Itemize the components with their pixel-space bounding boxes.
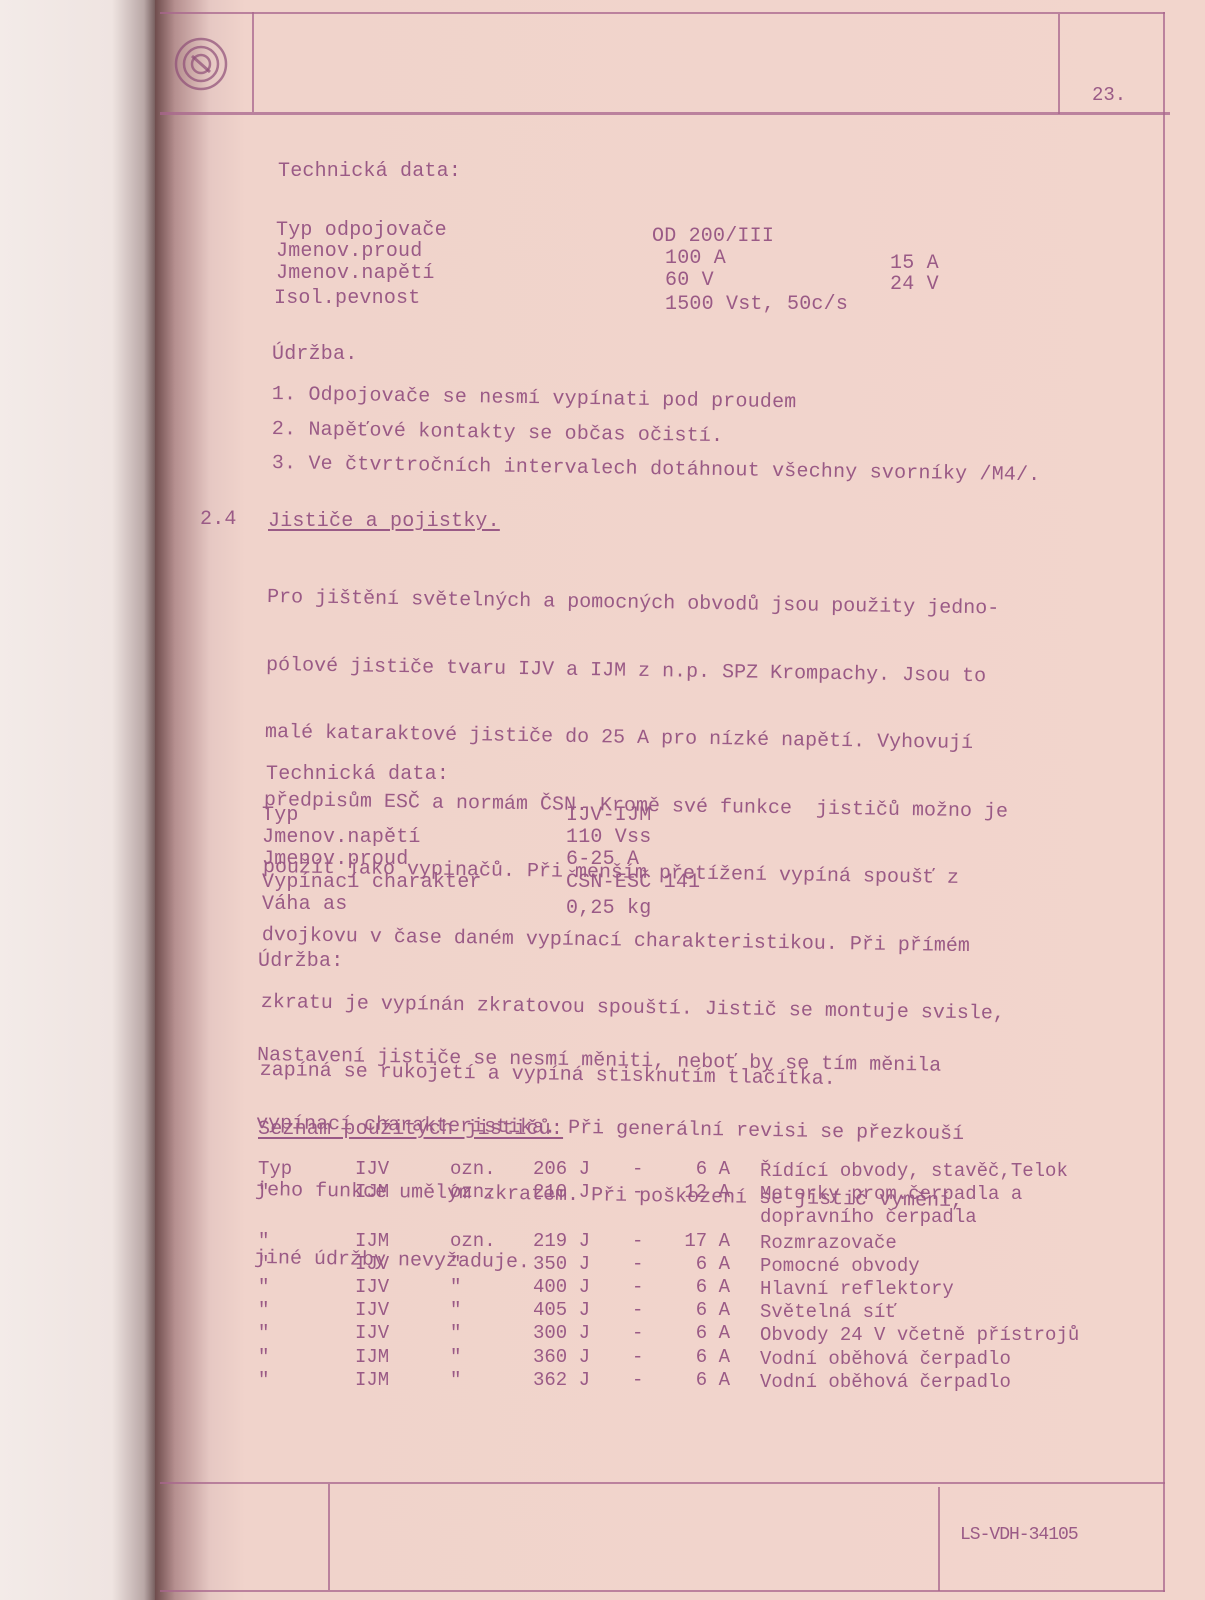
breaker-mark: " — [450, 1276, 461, 1299]
spec-label: Váha as — [262, 893, 347, 917]
paragraph-line: Pro jištění světelných a pomocných obvod… — [267, 587, 1011, 621]
breaker-code: 350 J — [520, 1253, 590, 1276]
breaker-use: Řídící obvody, stavěč,Telok — [760, 1160, 1068, 1183]
breaker-current: 12 A — [660, 1181, 730, 1204]
breaker-use: Vodní oběhová čerpadlo — [760, 1371, 1011, 1394]
breaker-prefix: " — [258, 1369, 269, 1392]
breaker-current: 6 A — [660, 1346, 730, 1369]
spec-label: Jmenov.napětí — [262, 826, 421, 850]
breaker-mark: " — [450, 1253, 461, 1276]
paragraph-line: Nastavení jističe se nesmí měniti, neboť… — [257, 1045, 965, 1079]
spec-value: ČSN-ESČ 141 — [566, 871, 700, 895]
breaker-current: 6 A — [660, 1299, 730, 1322]
frame-footer-divider-right — [938, 1487, 940, 1591]
breaker-current: 6 A — [660, 1158, 730, 1181]
spec-label: Vypínací charakter — [262, 871, 482, 895]
breaker-type: IJV — [355, 1158, 389, 1181]
breaker-use: Hlavní reflektory — [760, 1278, 954, 1301]
breaker-type: IJV — [355, 1253, 389, 1276]
breaker-code: 362 J — [520, 1369, 590, 1392]
breaker-mark: ozn. — [450, 1158, 496, 1181]
breaker-type: IJV — [355, 1299, 389, 1322]
section-number: 2.4 — [200, 508, 237, 532]
breaker-prefix: " — [258, 1230, 269, 1253]
frame-header-bottom-rule — [160, 112, 1170, 115]
breaker-prefix: " — [258, 1181, 269, 1204]
breaker-current: 6 A — [660, 1322, 730, 1345]
breaker-prefix: " — [258, 1322, 269, 1345]
breaker-use: Motorky prom.čerpadla a — [760, 1183, 1022, 1206]
document-code: LS-VDH-34105 — [960, 1525, 1078, 1545]
breaker-dash: - — [632, 1276, 643, 1299]
breaker-mark: " — [450, 1369, 461, 1392]
company-emblem-icon — [170, 18, 232, 98]
spec-value: 60 V — [665, 269, 714, 293]
frame-pagenum-divider — [1058, 14, 1060, 114]
breaker-current: 6 A — [660, 1253, 730, 1276]
frame-right-rule — [1163, 12, 1165, 1592]
breaker-use: Pomocné obvody — [760, 1255, 920, 1278]
spec-label: Jmenov.proud — [262, 848, 408, 872]
breaker-prefix: " — [258, 1346, 269, 1369]
frame-header-divider — [252, 12, 254, 112]
breaker-use: dopravního čerpadla — [760, 1206, 977, 1229]
breaker-current: 6 A — [660, 1369, 730, 1392]
breaker-prefix: " — [258, 1253, 269, 1276]
breaker-dash: - — [632, 1346, 643, 1369]
spec-label: Typ — [262, 804, 299, 828]
frame-footer-divider-left — [328, 1484, 330, 1590]
paragraph-line: malé kataraktové jističe do 25 A pro níz… — [265, 722, 1009, 756]
breaker-code: 400 J — [520, 1276, 590, 1299]
breaker-code: 360 J — [520, 1346, 590, 1369]
breaker-dash: - — [632, 1322, 643, 1345]
breaker-dash: - — [632, 1158, 643, 1181]
breaker-type: IJM — [355, 1369, 389, 1392]
breaker-dash: - — [632, 1230, 643, 1253]
breaker-current: 17 A — [660, 1230, 730, 1253]
page-number: 23. — [1092, 84, 1126, 106]
breaker-code: 206 J — [520, 1158, 590, 1181]
frame-footer-bottom-rule — [160, 1590, 1165, 1592]
breaker-code: 405 J — [520, 1299, 590, 1322]
paragraph-line: dvojkovu v čase daném vypínací charakter… — [262, 924, 1006, 958]
spec-value: 110 Vss — [566, 826, 651, 850]
section-title: Jističe a pojistky. — [268, 510, 500, 534]
previous-page-edge — [0, 0, 160, 1600]
spec-value-alt: 24 V — [890, 273, 939, 297]
tech-data-heading: Technická data: — [266, 763, 449, 787]
paragraph-line: pólové jističe tvaru IJV a IJM z n.p. SP… — [266, 654, 1010, 688]
breaker-use: Světelná síť — [760, 1301, 897, 1324]
spec-value: IJV-IJM — [566, 804, 651, 828]
spec-label: Jmenov.proud — [276, 240, 422, 264]
spec-label: Isol.pevnost — [274, 287, 420, 311]
breaker-type: IJV — [355, 1276, 389, 1299]
breaker-mark: ozn. — [450, 1230, 496, 1253]
breaker-code: 219 J — [520, 1230, 590, 1253]
breaker-dash: - — [632, 1369, 643, 1392]
breaker-mark: ozn. — [450, 1181, 496, 1204]
breaker-list-heading: Seznam použitých jističů: — [258, 1118, 563, 1142]
breaker-type: IJM — [355, 1181, 389, 1204]
breaker-mark: " — [450, 1322, 461, 1345]
maintenance-heading: Údržba. — [272, 343, 357, 367]
breaker-use: Obvody 24 V včetně přístrojů — [760, 1324, 1079, 1347]
spec-value: 6-25 A — [566, 848, 639, 872]
breaker-type: IJM — [355, 1230, 389, 1253]
breaker-type: IJM — [355, 1346, 389, 1369]
breaker-code: 300 J — [520, 1322, 590, 1345]
frame-footer-top-rule — [160, 1482, 1165, 1484]
tech-data-heading: Technická data: — [278, 160, 461, 184]
breaker-mark: " — [450, 1299, 461, 1322]
spec-value: 1500 Vst, 50c/s — [665, 293, 848, 317]
breaker-mark: " — [450, 1346, 461, 1369]
breaker-code: 210 J — [520, 1181, 590, 1204]
breaker-prefix: Typ — [258, 1158, 292, 1181]
spec-value: 100 A — [665, 247, 726, 271]
breaker-dash: - — [632, 1181, 643, 1204]
breaker-prefix: " — [258, 1276, 269, 1299]
breaker-dash: - — [632, 1253, 643, 1276]
frame-top-rule — [160, 12, 1165, 14]
breaker-type: IJV — [355, 1322, 389, 1345]
breaker-use: Vodní oběhová čerpadlo — [760, 1348, 1011, 1371]
breaker-use: Rozmrazovače — [760, 1232, 897, 1255]
breaker-dash: - — [632, 1299, 643, 1322]
maintenance-heading: Údržba: — [258, 950, 343, 974]
spec-value: 0,25 kg — [566, 897, 651, 921]
spec-value: OD 200/III — [652, 225, 774, 249]
breaker-prefix: " — [258, 1299, 269, 1322]
breaker-current: 6 A — [660, 1276, 730, 1299]
spec-label: Jmenov.napětí — [276, 262, 435, 286]
